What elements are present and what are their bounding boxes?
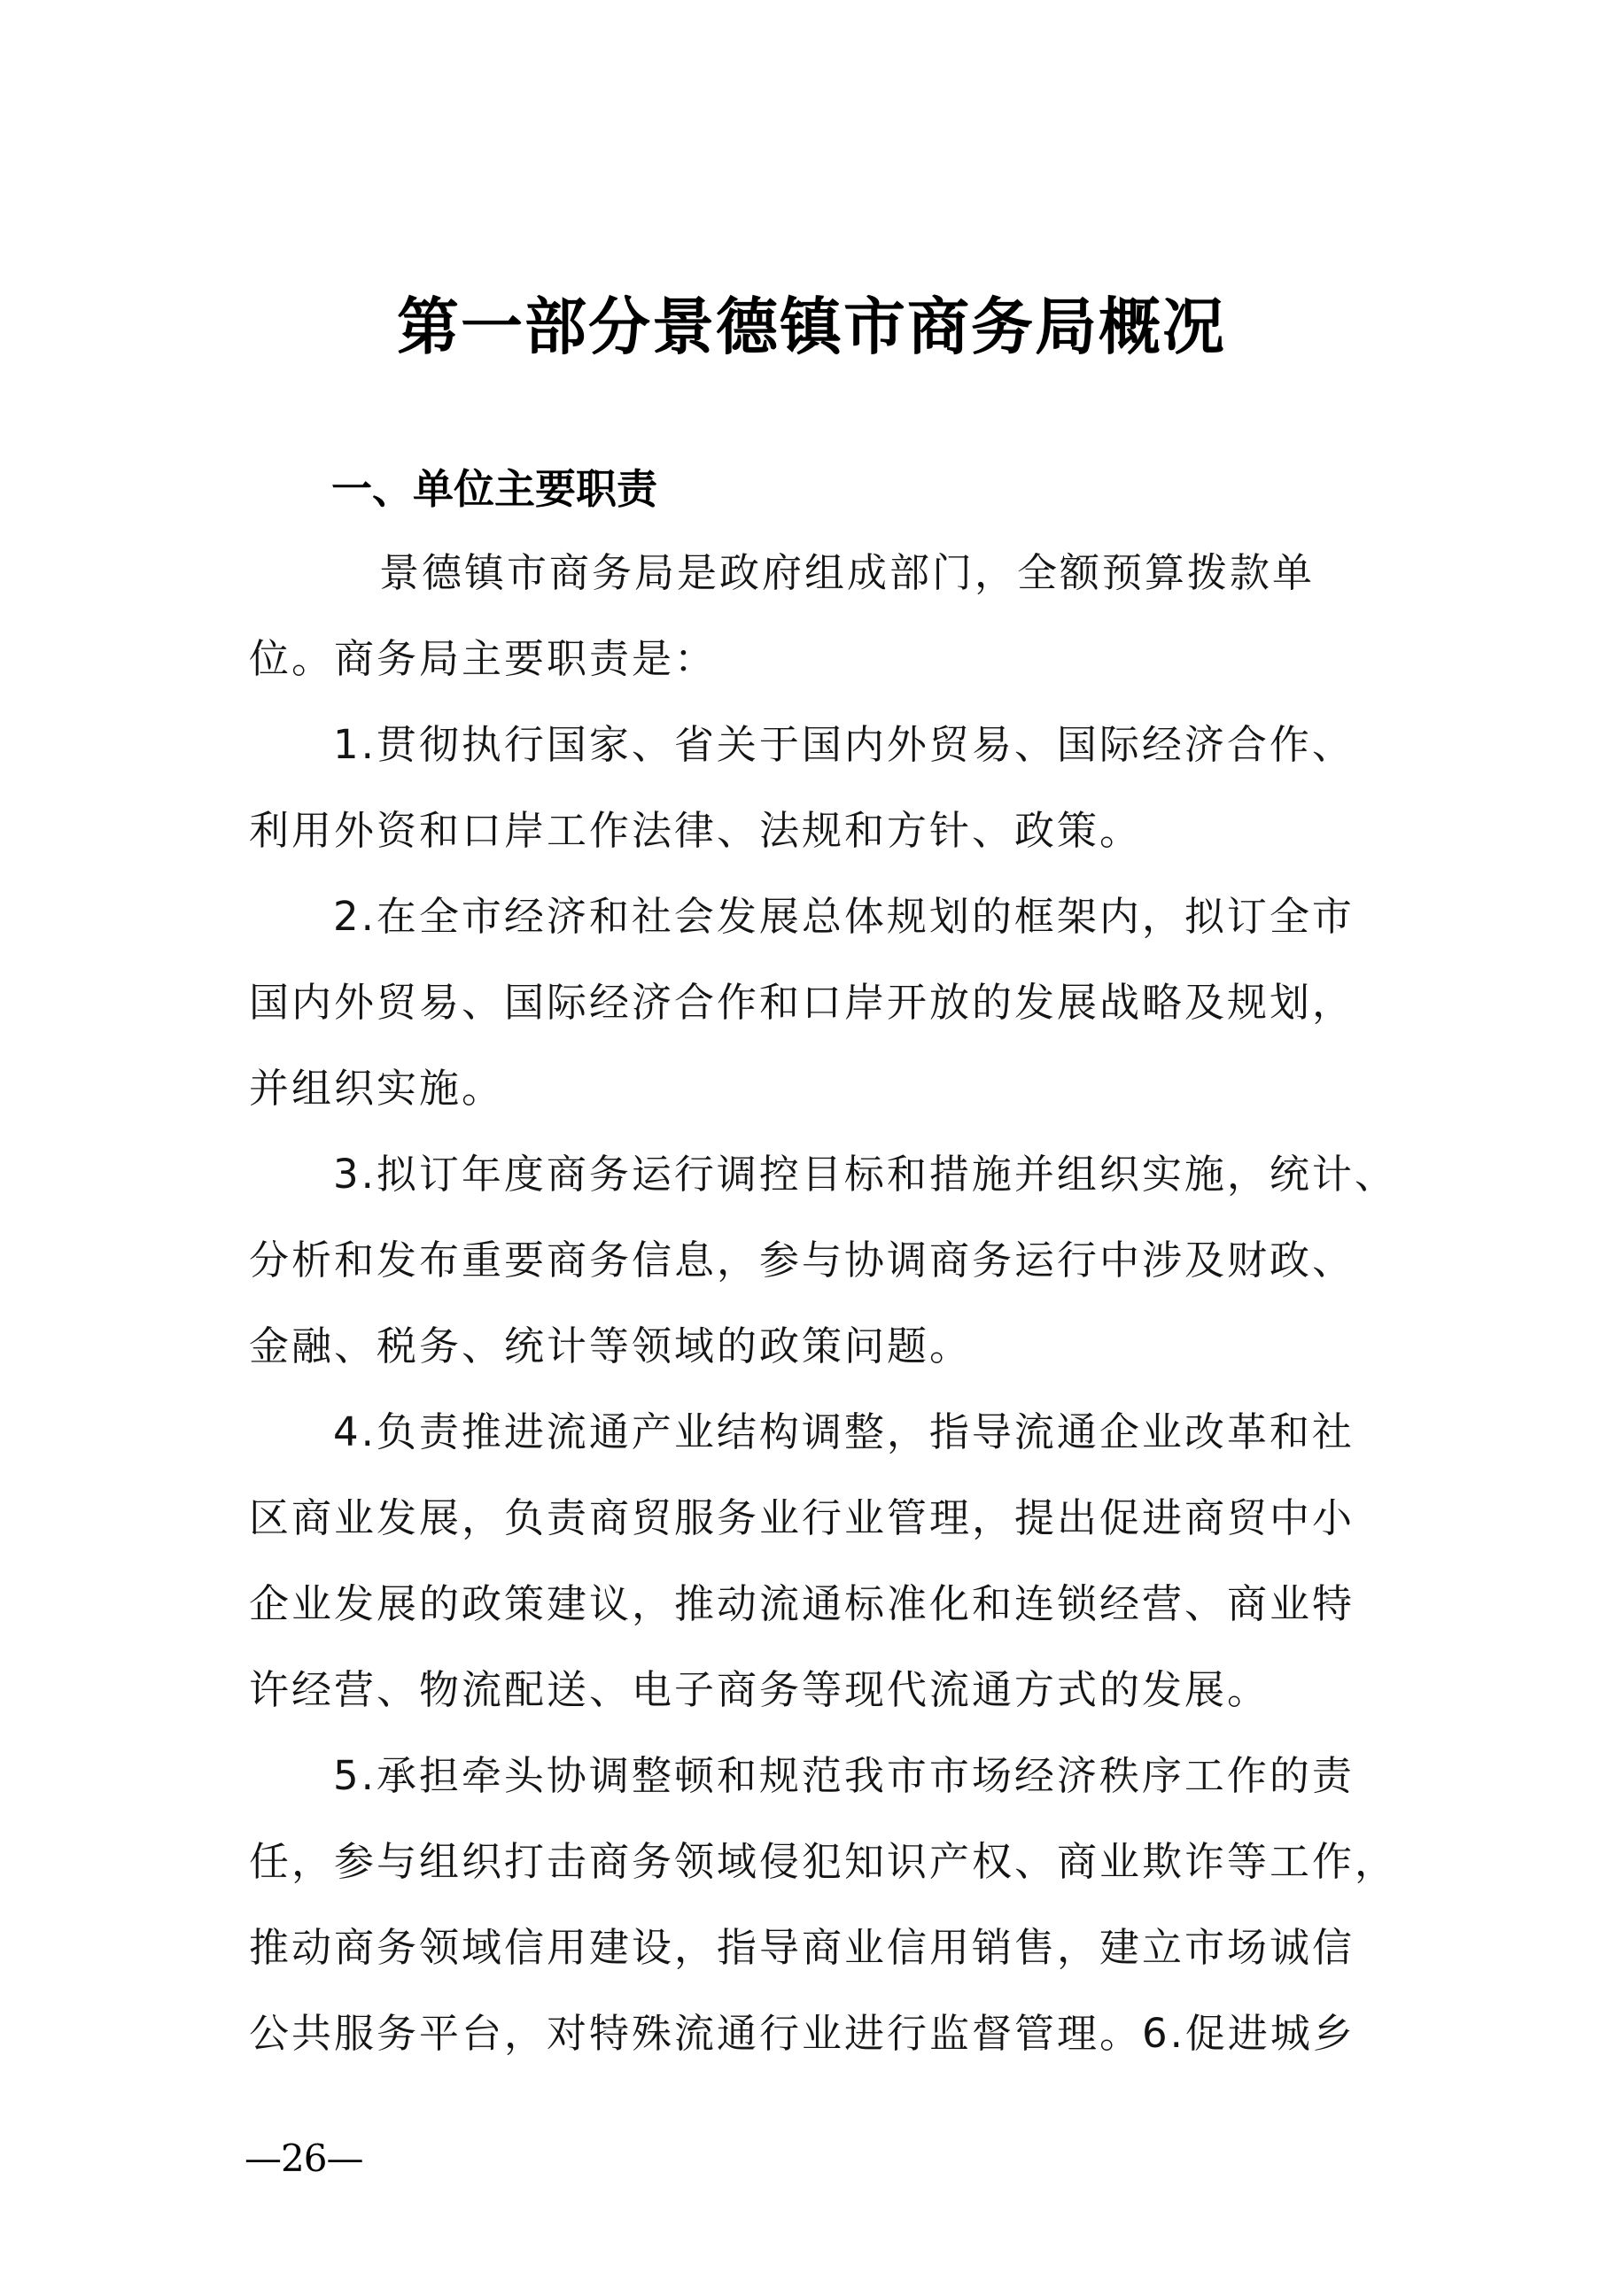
paragraph-line: 公共服务平台，对特殊流通行业进行监督管理。6.促进城乡	[249, 2007, 1392, 2060]
paragraph-line: 4.负责推进流通产业结构调整，指导流通企业改革和社	[333, 1406, 1476, 1459]
paragraph-line: 利用外资和口岸工作法律、法规和方针、政策。	[249, 804, 1392, 857]
paragraph-line: 推动商务领域信用建设，指导商业信用销售，建立市场诚信	[249, 1921, 1392, 1974]
section-heading: 一、单位主要职责	[331, 462, 657, 516]
page-title: 第一部分景德镇市商务局概况	[0, 289, 1623, 365]
paragraph-line: 并组织实施。	[249, 1062, 1392, 1115]
paragraph-line: 国内外贸易、国际经济合作和口岸开放的发展战略及规划，	[249, 976, 1392, 1029]
paragraph-line: 3.拟订年度商务运行调控目标和措施并组织实施，统计、	[333, 1148, 1476, 1201]
paragraph-line: 1.贯彻执行国家、省关于国内外贸易、国际经济合作、	[333, 718, 1476, 772]
paragraph-line: 任，参与组织打击商务领域侵犯知识产权、商业欺诈等工作，	[249, 1835, 1392, 1889]
page-number: —26—	[245, 2137, 362, 2181]
paragraph-line: 企业发展的政策建议，推动流通标准化和连锁经营、商业特	[249, 1578, 1392, 1631]
paragraph-line: 金融、税务、统计等领域的政策问题。	[249, 1320, 1392, 1373]
paragraph-line: 区商业发展，负责商贸服务业行业管理，提出促进商贸中小	[249, 1492, 1392, 1545]
paragraph-line: 景德镇市商务局是政府组成部门，全额预算拨款单	[379, 547, 1522, 600]
paragraph-line: 2.在全市经济和社会发展总体规划的框架内，拟订全市	[333, 890, 1476, 943]
paragraph-line: 分析和发布重要商务信息，参与协调商务运行中涉及财政、	[249, 1234, 1392, 1287]
paragraph-line: 许经营、物流配送、电子商务等现代流通方式的发展。	[249, 1664, 1392, 1717]
document-page: 第一部分景德镇市商务局概况 一、单位主要职责 景德镇市商务局是政府组成部门，全额…	[0, 0, 1623, 2296]
paragraph-line: 位。商务局主要职责是：	[249, 632, 1392, 686]
paragraph-line: 5.承担牵头协调整顿和规范我市市场经济秩序工作的责	[333, 1749, 1476, 1803]
